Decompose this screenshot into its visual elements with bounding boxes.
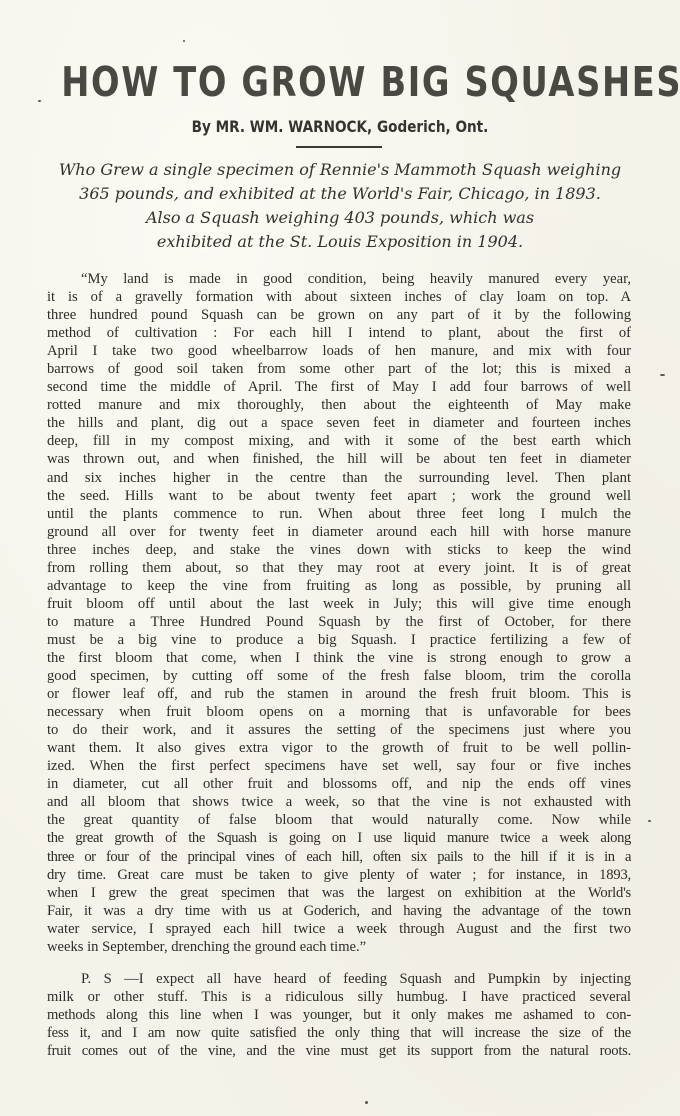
text-line: until the plants commence to run. When a… xyxy=(47,505,631,523)
text-line: to do their work, and it assures the set… xyxy=(47,721,631,739)
text-line: must be a big vine to produce a big Squa… xyxy=(47,631,631,649)
text-line: ground all over for twenty feet in diame… xyxy=(47,523,631,541)
text-line: advantage to keep the vine from fruiting… xyxy=(47,577,631,595)
author-byline: By MR. WM. WARNOCK, Goderich, Ont. xyxy=(51,117,629,136)
title-divider xyxy=(296,146,382,148)
text-line: to mature a Three Hundred Pound Squash b… xyxy=(47,613,631,631)
text-line: three inches deep, and stake the vines d… xyxy=(47,541,631,559)
page-title: HOW TO GROW BIG SQUASHES xyxy=(61,58,619,106)
text-line: the great growth of the Squash is going … xyxy=(47,829,631,847)
text-line: Fair, it was a dry time with us at Goder… xyxy=(47,902,631,920)
text-line: the seed. Hills want to be about twenty … xyxy=(47,487,631,505)
subtitle-line: exhibited at the St. Louis Exposition in… xyxy=(30,230,650,254)
main-paragraph: “My land is made in good condition, bein… xyxy=(47,270,631,956)
text-line: it is of a gravelly formation with about… xyxy=(47,288,631,306)
text-line: three hundred pound Squash can be grown … xyxy=(47,306,631,324)
text-line: from rolling them about, so that they ma… xyxy=(47,559,631,577)
print-speck xyxy=(183,40,185,42)
text-line: weeks in September, drenching the ground… xyxy=(47,938,631,956)
text-line: fess it, and I am now quite satisfied th… xyxy=(47,1024,631,1042)
text-line: was thrown out, and when finished, the h… xyxy=(47,450,631,468)
text-line: when I grew the great specimen that was … xyxy=(47,884,631,902)
text-line: fruit comes out of the vine, and the vin… xyxy=(47,1042,631,1060)
subtitle-line: 365 pounds, and exhibited at the World's… xyxy=(30,182,650,206)
print-speck xyxy=(365,1101,368,1104)
text-line: rotted manure and mix thoroughly, then a… xyxy=(47,396,631,414)
postscript-paragraph: P. S —I expect all have heard of feeding… xyxy=(47,970,631,1060)
text-line: the first bloom that come, when I think … xyxy=(47,649,631,667)
text-line: the hills and plant, dig out a space sev… xyxy=(47,414,631,432)
text-line: second time the middle of April. The fir… xyxy=(47,378,631,396)
print-speck xyxy=(660,374,665,376)
print-speck xyxy=(648,820,651,822)
text-line: April I take two good wheelbarrow loads … xyxy=(47,342,631,360)
text-line: or flower leaf off, and rub the stamen i… xyxy=(47,685,631,703)
text-line: want them. It also gives extra vigor to … xyxy=(47,739,631,757)
text-line: fruit bloom off until about the last wee… xyxy=(47,595,631,613)
subtitle-block: Who Grew a single specimen of Rennie's M… xyxy=(30,158,650,254)
subtitle-line: Also a Squash weighing 403 pounds, which… xyxy=(30,206,650,230)
text-line: dry time. Great care must be taken to gi… xyxy=(47,866,631,884)
text-line: method of cultivation : For each hill I … xyxy=(47,324,631,342)
print-speck xyxy=(38,100,41,102)
text-line: the great quantity of false bloom that w… xyxy=(47,811,631,829)
text-line: water service, I sprayed each hill twice… xyxy=(47,920,631,938)
text-line: and all bloom that shows twice a week, s… xyxy=(47,793,631,811)
subtitle-line: Who Grew a single specimen of Rennie's M… xyxy=(30,158,650,182)
text-line: milk or other stuff. This is a ridiculou… xyxy=(47,988,631,1006)
text-line: barrows of good soil taken from some oth… xyxy=(47,360,631,378)
text-line: good specimen, by cutting off some of th… xyxy=(47,667,631,685)
text-line: deep, fill in my compost mixing, and wit… xyxy=(47,432,631,450)
text-line: “My land is made in good condition, bein… xyxy=(47,270,631,288)
text-line: P. S —I expect all have heard of feeding… xyxy=(47,970,631,988)
document-page: HOW TO GROW BIG SQUASHES By MR. WM. WARN… xyxy=(0,0,680,1116)
text-line: methods along this line when I was young… xyxy=(47,1006,631,1024)
text-line: in diameter, cut all other fruit and blo… xyxy=(47,775,631,793)
text-line: necessary when fruit bloom opens on a mo… xyxy=(47,703,631,721)
text-line: ized. When the first perfect specimens h… xyxy=(47,757,631,775)
text-line: three or four of the principal vines of … xyxy=(47,848,631,866)
text-line: and six inches higher in the centre than… xyxy=(47,469,631,487)
